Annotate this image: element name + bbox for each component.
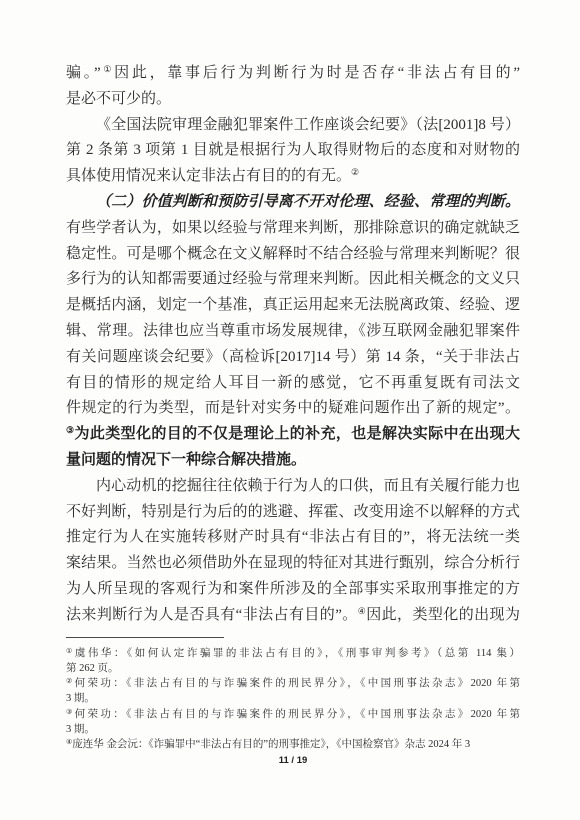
footnote-line: 3 期。 <box>66 691 520 706</box>
body-line: （二）价值判断和预防引导离不开对伦理、经验、常理的判断。 <box>66 190 520 216</box>
footnote-line: ③何荣功：《非法占有目的与诈骗案件的刑民界分》，《中国刑事法杂志》2020 年第 <box>66 707 520 722</box>
footnote-line: ②何荣功：《非法占有目的与诈骗案件的刑民界分》，《中国刑事法杂志》2020 年第 <box>66 676 520 691</box>
body-line: 稳定性。可是哪个概念在文义解释时不结合经验与常理来判断呢？很 <box>66 242 520 268</box>
body-line: 多行为的认知都需要通过经验与常理来判断。因此相关概念的文义只 <box>66 267 520 293</box>
footnote-ref-mark: ④ <box>358 606 367 616</box>
footnote-ref-mark: ① <box>101 64 115 74</box>
body-line: ③为此类型化的目的不仅是理论上的补充，也是解决实际中在出现大 <box>66 422 520 448</box>
body-line: 案结果。当然也必须借助外在显现的特征对其进行甄别，综合分析行 <box>66 551 520 577</box>
footnote-line: 3 期。 <box>66 722 520 737</box>
footnote-ref-mark: ① <box>66 647 75 655</box>
body-line: 《全国法院审理金融犯罪案件工作座谈会纪要》（法[2001]8 号） <box>66 113 520 139</box>
footnote-separator <box>66 637 224 638</box>
body-line: 件规定的行为类型，而是针对实务中的疑难问题作出了新的规定”。 <box>66 396 520 422</box>
body-line: 是必不可少的。 <box>66 87 520 113</box>
body-line: 有目的情形的规定给人耳目一新的感觉，它不再重复既有司法文 <box>66 371 520 397</box>
body-line: 是概括内涵，划定一个基准，真正运用起来无法脱离政策、经验、逻 <box>66 293 520 319</box>
page-content: 骗。”①因此，靠事后行为判断行为时是否存“非法占有目的”是必不可少的。《全国法院… <box>66 61 520 766</box>
page-number: 11 / 19 <box>66 755 520 766</box>
footnotes-block: ①虞伟华：《如何认定诈骗罪的非法占有目的》，《刑事审判参考》（总第 114 集）… <box>66 646 520 753</box>
footnote-line: ④庞连华 金会沅：《诈骗罪中“非法占有目的”的刑事推定》，《中国检察官》杂志 2… <box>66 737 520 752</box>
body-line: 法来判断行为人是否具有“非法占有目的”。④因此，类型化的出现为 <box>66 603 520 629</box>
footnote-ref-mark: ③ <box>66 708 75 716</box>
body-line: 第 2 条第 3 项第 1 目就是根据行为人取得财物后的态度和对财物的 <box>66 138 520 164</box>
footnote-ref-mark: ④ <box>66 738 72 746</box>
body-line: 有关问题座谈会纪要》（高检诉[2017]14 号）第 14 条，“关于非法占 <box>66 345 520 371</box>
body-line: 不好判断，特别是行为后的的逃避、挥霍、改变用途不以解释的方式 <box>66 500 520 526</box>
footnote-ref-mark: ② <box>351 167 359 177</box>
body-line: 骗。”①因此，靠事后行为判断行为时是否存“非法占有目的” <box>66 61 520 87</box>
footnote-line: ①虞伟华：《如何认定诈骗罪的非法占有目的》，《刑事审判参考》（总第 114 集） <box>66 646 520 661</box>
document-page: 骗。”①因此，靠事后行为判断行为时是否存“非法占有目的”是必不可少的。《全国法院… <box>0 0 580 820</box>
body-line: 辑、常理。法律也应当尊重市场发展规律，《涉互联网金融犯罪案件 <box>66 319 520 345</box>
body-line: 内心动机的挖掘往往依赖于行为人的口供，而且有关履行能力也 <box>66 474 520 500</box>
footnote-ref-mark: ② <box>66 677 75 685</box>
body-line: 具体使用情况来认定非法占有目的的有无。② <box>66 164 520 190</box>
body-line: 量问题的情况下一种综合解决措施。 <box>66 448 520 474</box>
body-text-block: 骗。”①因此，靠事后行为判断行为时是否存“非法占有目的”是必不可少的。《全国法院… <box>66 61 520 629</box>
body-line: 为人所呈现的客观行为和案件所涉及的全部事实采取刑事推定的方 <box>66 577 520 603</box>
body-line: 有些学者认为，如果以经验与常理来判断，那排除意识的确定就缺乏 <box>66 216 520 242</box>
footnote-ref-mark: ③ <box>66 425 74 435</box>
footnote-line: 第 262 页。 <box>66 661 520 676</box>
body-line: 推定行为人在实施转移财产时具有“非法占有目的”，将无法统一类 <box>66 525 520 551</box>
